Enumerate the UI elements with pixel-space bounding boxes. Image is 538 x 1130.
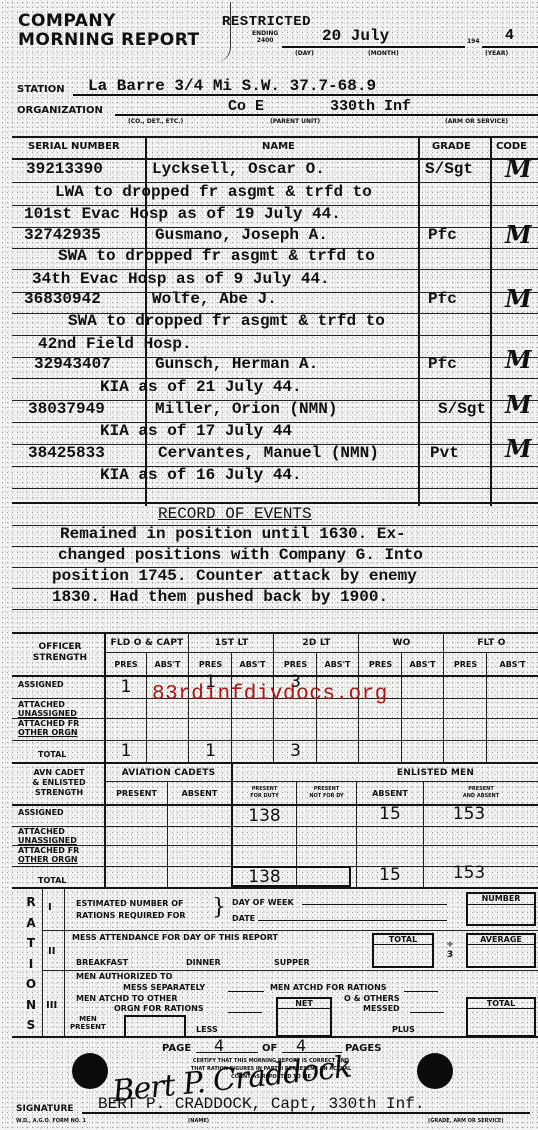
date-label: DATE — [232, 914, 255, 923]
group-header: FLT O — [445, 634, 538, 652]
section-numeral: II — [48, 946, 55, 957]
station-value: La Barre 3/4 Mi S.W. 37.7-68.9 — [88, 77, 376, 95]
number-label: NUMBER — [466, 894, 536, 905]
brace-icon: } — [212, 897, 226, 919]
group-header: 1ST LT — [190, 634, 273, 652]
group-header: FLD O & CAPT — [106, 634, 188, 652]
organization-unit: Co E — [228, 98, 264, 115]
remark-line: SWA to dropped fr asgmt & trfd to — [68, 312, 385, 330]
serial-number: 36830942 — [24, 290, 101, 308]
title-line: OFFICER — [20, 642, 100, 653]
label-line: UNASSIGNED — [18, 836, 77, 845]
year-prefix: 194 — [467, 38, 480, 45]
serial-number: 32742935 — [24, 226, 101, 244]
code-mark: M — [505, 345, 532, 374]
row-border — [12, 887, 538, 889]
group-header-enlisted: ENLISTED MEN — [233, 764, 538, 781]
row-label-attached-unassigned: ATTACHED UNASSIGNED — [18, 700, 77, 718]
label-line: ESTIMATED NUMBER OF — [76, 898, 186, 910]
roster-col-divider — [490, 136, 492, 506]
row-border — [12, 488, 538, 489]
header-line: AND ABSENT — [463, 793, 499, 800]
column-header-serial: SERIAL NUMBER — [28, 141, 120, 152]
row-label-attached-unassigned: ATTACHED UNASSIGNED — [18, 827, 77, 845]
code-mark: M — [505, 284, 532, 313]
title-line: & ENLISTED — [16, 778, 102, 788]
remark-line: 42nd Field Hosp. — [38, 335, 192, 353]
label-line: OTHER ORGN — [18, 855, 79, 864]
divide-by-three: ÷ 3 — [442, 940, 458, 960]
side-letter: I — [24, 954, 38, 975]
sub-header: ABS'T — [317, 654, 358, 674]
classification-stamp: RESTRICTED — [222, 14, 311, 30]
ending-label: ENDING 2400 — [252, 30, 278, 44]
label-line: ATTACHED FR — [18, 719, 79, 728]
total-1stlt-pres: 1 — [190, 741, 231, 761]
sub-header: PRES — [445, 654, 486, 674]
label-line: MESSED — [344, 1004, 400, 1014]
ending-text: ENDING — [252, 30, 278, 37]
dinner-label: DINNER — [186, 958, 221, 967]
punch-hole — [72, 1053, 108, 1089]
men-atchd-rations-field[interactable] — [404, 991, 438, 992]
row-border — [42, 970, 538, 971]
day-caption: (DAY) — [295, 50, 314, 57]
row-border — [12, 845, 538, 846]
row-label-total: TOTAL — [38, 876, 66, 885]
code-mark: M — [505, 154, 532, 183]
sub-header: ABSENT — [357, 782, 423, 804]
page-number-line — [196, 1040, 258, 1053]
breakfast-label: BREAKFAST — [76, 958, 128, 967]
form-title-line1: COMPANY — [18, 12, 200, 31]
header-line: PRESENT — [314, 786, 340, 793]
remark-line: KIA as of 21 July 44. — [100, 378, 302, 396]
officer-strength-title: OFFICER STRENGTH — [20, 642, 100, 664]
row-border — [12, 718, 538, 719]
row-border — [12, 609, 538, 610]
label-line: OTHER ORGN — [18, 728, 79, 737]
stamp-outline — [216, 2, 231, 62]
col-divider — [64, 889, 65, 1037]
average-label: AVERAGE — [466, 935, 536, 945]
row-label-attached-other: ATTACHED FR OTHER ORGN — [18, 846, 79, 864]
enlisted-strength-title: AVN CADET & ENLISTED STRENGTH — [16, 768, 102, 798]
roster-top-border — [12, 136, 538, 138]
event-line: 1830. Had them pushed back by 1900. — [52, 588, 388, 606]
code-mark: M — [505, 390, 532, 419]
code-mark: M — [505, 220, 532, 249]
soldier-name: Miller, Orion (NMN) — [155, 400, 337, 418]
header-line: NOT FOR DY — [309, 793, 343, 800]
col-divider — [42, 889, 43, 1037]
row-label-assigned: ASSIGNED — [18, 808, 64, 817]
sub-header: ABS'T — [402, 654, 443, 674]
label-line: ATTACHED — [18, 700, 77, 709]
roster-col-divider — [418, 136, 420, 506]
ending-time: 2400 — [252, 37, 278, 44]
side-letter: A — [24, 913, 38, 934]
side-letter: N — [24, 995, 38, 1016]
mess-separately-field[interactable] — [228, 991, 264, 992]
remark-line: 34th Evac Hosp as of 9 July 44. — [32, 270, 330, 288]
day-of-week-field[interactable] — [302, 904, 447, 905]
rations-side-label: R A T I O N S — [24, 892, 38, 1036]
sub-header: ABS'T — [232, 654, 273, 674]
signature-label: SIGNATURE — [16, 1104, 74, 1114]
pages-label: PAGES — [345, 1043, 381, 1054]
side-letter: R — [24, 892, 38, 913]
sub-header: PRES — [275, 654, 316, 674]
punch-hole — [417, 1053, 453, 1089]
title-line: STRENGTH — [16, 788, 102, 798]
column-header-name: NAME — [262, 141, 295, 152]
organization-line — [115, 100, 538, 116]
sub-header: ABS'T — [487, 654, 538, 674]
label-line: MEN — [70, 1015, 106, 1023]
grade: Pfc — [428, 355, 457, 373]
others-messed-label: O & OTHERS MESSED — [344, 994, 400, 1014]
total-absent: 15 — [357, 864, 423, 886]
total-pages: 4 — [296, 1036, 306, 1055]
soldier-name: Cervantes, Manuel (NMN) — [158, 444, 379, 462]
section-numeral: III — [46, 1000, 57, 1011]
name-caption: (NAME) — [188, 1118, 209, 1124]
header-line: FOR DUTY — [250, 793, 279, 800]
men-atchd-rations-label: MEN ATCHD FOR RATIONS — [270, 983, 387, 992]
organization-parent: 330th Inf — [330, 98, 411, 115]
date-field[interactable] — [258, 920, 447, 921]
report-date: 20 July — [322, 27, 389, 45]
page-label: PAGE — [162, 1043, 191, 1054]
of-label: OF — [262, 1043, 277, 1054]
serial-number: 38425833 — [28, 444, 105, 462]
total-present-and-absent: 153 — [424, 862, 514, 884]
rations-bottom-border — [12, 1036, 538, 1038]
grade: S/Sgt — [438, 400, 486, 418]
caption-company: (CO., DET., ETC.) — [128, 118, 183, 125]
estimated-rations-label: ESTIMATED NUMBER OF RATIONS REQUIRED FOR — [76, 898, 186, 922]
caption-arm-service: (ARM OR SERVICE) — [445, 118, 508, 125]
label-line: ATTACHED — [18, 827, 77, 836]
assigned-absent: 15 — [357, 803, 423, 825]
total-2dlt-pres: 3 — [275, 741, 316, 761]
month-caption: (MONTH) — [368, 50, 399, 57]
soldier-name: Wolfe, Abe J. — [152, 290, 277, 308]
section-numeral: I — [48, 902, 52, 913]
men-present-label: MEN PRESENT — [70, 1015, 106, 1031]
row-border — [42, 930, 538, 931]
rations-total-label: TOTAL — [466, 999, 536, 1009]
label-line: ATTACHED FR — [18, 846, 79, 855]
assigned-present-and-absent: 153 — [424, 803, 514, 825]
row-label-attached-other: ATTACHED FR OTHER ORGN — [18, 719, 79, 737]
header-line: PRESENT — [252, 786, 278, 793]
label-line: RATIONS REQUIRED FOR — [76, 910, 186, 922]
group-header: 2D LT — [275, 634, 358, 652]
soldier-name: Lycksell, Oscar O. — [152, 160, 325, 178]
serial-number: 39213390 — [26, 160, 103, 178]
remark-line: KIA as of 16 July 44. — [100, 466, 302, 484]
station-label: STATION — [17, 84, 65, 95]
code-mark: M — [505, 434, 532, 463]
form-number: W.D., A.G.O. FORM NO. 1 — [16, 1118, 86, 1124]
remark-line: KIA as of 17 July 44 — [100, 422, 292, 440]
assigned-fldo-pres: 1 — [106, 676, 146, 698]
label-line: PRESENT — [70, 1023, 106, 1031]
orgn-for-rations-label: ORGN FOR RATIONS — [114, 1004, 204, 1013]
form-title: COMPANY MORNING REPORT — [18, 12, 200, 50]
caption-parent-unit: (PARENT UNIT) — [270, 118, 320, 125]
sub-header-present-for-duty: PRESENT FOR DUTY — [233, 782, 296, 804]
event-line: changed positions with Company G. Into — [58, 546, 423, 564]
signer-name-grade: BERT P. CRADDOCK, Capt, 330th Inf. — [98, 1095, 424, 1113]
grade: Pfc — [428, 290, 457, 308]
sub-header-present-and-absent: PRESENT AND ABSENT — [424, 782, 538, 804]
serial-number: 38037949 — [28, 400, 105, 418]
day-of-week-label: DAY OF WEEK — [232, 898, 294, 907]
supper-label: SUPPER — [274, 958, 310, 967]
remark-line: LWA to dropped fr asgmt & trfd to — [55, 183, 372, 201]
grade: Pfc — [428, 226, 457, 244]
assigned-present-for-duty: 138 — [233, 805, 296, 827]
net-label: NET — [276, 999, 332, 1009]
year-caption: (YEAR) — [485, 50, 508, 57]
serial-number: 32943407 — [34, 355, 111, 373]
remark-line: 101st Evac Hosp as of 19 July 44. — [24, 205, 341, 223]
sub-header: PRES — [106, 654, 146, 674]
row-label-total: TOTAL — [38, 750, 66, 759]
orgn-for-rations-field[interactable] — [228, 1012, 262, 1013]
remark-line: SWA to dropped fr asgmt & trfd to — [58, 247, 375, 265]
total-present-for-duty: 138 — [233, 866, 296, 888]
side-letter: O — [24, 974, 38, 995]
row-border — [12, 826, 538, 827]
sub-header: PRES — [190, 654, 231, 674]
column-header-code: CODE — [496, 141, 527, 152]
record-of-events-title: RECORD OF EVENTS — [158, 505, 312, 523]
sub-header: PRES — [360, 654, 401, 674]
form-title-line2: MORNING REPORT — [18, 31, 200, 50]
side-letter: S — [24, 1015, 38, 1036]
column-header-grade: GRADE — [432, 141, 471, 152]
row-label-assigned: ASSIGNED — [18, 680, 64, 689]
men-authorized-label: MEN AUTHORIZED TO — [76, 972, 172, 981]
grade-caption: (GRADE, ARM OR SERVICE) — [428, 1118, 504, 1124]
label-line: O & OTHERS — [344, 994, 400, 1004]
title-line: STRENGTH — [20, 653, 100, 664]
sub-header: PRESENT — [106, 782, 167, 804]
group-header-cadets: AVIATION CADETS — [106, 764, 231, 781]
total-fldo-pres: 1 — [106, 741, 146, 761]
soldier-name: Gusmano, Joseph A. — [155, 226, 328, 244]
grade: S/Sgt — [425, 160, 473, 178]
sub-header-present-not-for-duty: PRESENT NOT FOR DY — [297, 782, 356, 804]
events-top-border — [12, 502, 538, 504]
plus-label: PLUS — [392, 1025, 415, 1034]
page-number: 4 — [214, 1036, 224, 1055]
others-messed-field[interactable] — [410, 1012, 444, 1013]
men-present-box[interactable] — [124, 1015, 186, 1037]
sub-header: ABSENT — [168, 782, 231, 804]
less-label: LESS — [196, 1025, 218, 1034]
title-line: AVN CADET — [16, 768, 102, 778]
report-year: 4 — [505, 27, 514, 44]
mess-separately-label: MESS SEPARATELY — [123, 983, 205, 992]
men-atchd-other-label: MEN ATCHD TO OTHER — [76, 994, 178, 1003]
label-line: UNASSIGNED — [18, 709, 77, 718]
group-header: WO — [360, 634, 443, 652]
sub-header: ABS'T — [147, 654, 188, 674]
mess-attendance-title: MESS ATTENDANCE FOR DAY OF THIS REPORT — [72, 933, 278, 942]
watermark-text: 83rdinfdivdocs.org — [152, 683, 388, 706]
header-line: PRESENT — [468, 786, 494, 793]
event-line: Remained in position until 1630. Ex- — [60, 525, 406, 543]
event-line: position 1745. Counter attack by enemy — [52, 567, 417, 585]
soldier-name: Gunsch, Herman A. — [155, 355, 318, 373]
organization-label: ORGANIZATION — [17, 105, 103, 116]
side-letter: T — [24, 933, 38, 954]
grade: Pvt — [430, 444, 459, 462]
row-border — [104, 652, 538, 653]
mess-total-label: TOTAL — [372, 935, 434, 945]
